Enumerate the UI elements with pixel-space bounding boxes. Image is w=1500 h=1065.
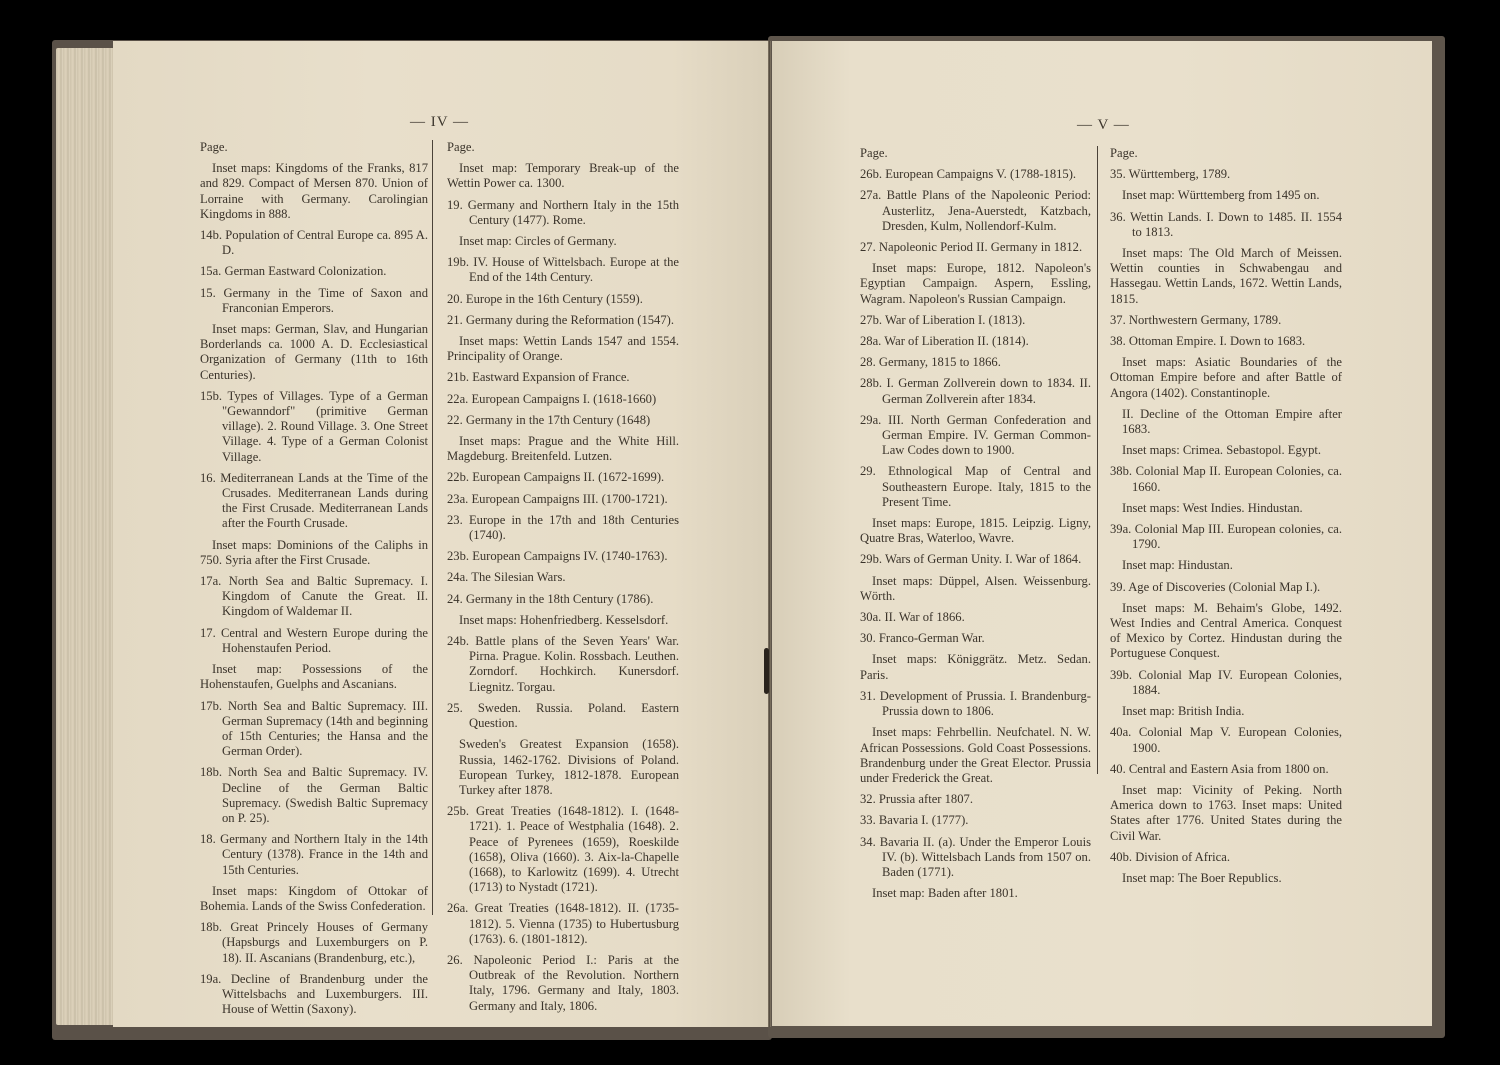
contents-entry: 38. Ottoman Empire. I. Down to 1683. xyxy=(1110,334,1342,349)
column-header: Page. xyxy=(1110,146,1342,161)
inset-map-note: Inset maps: Asiatic Boundaries of the Ot… xyxy=(1110,355,1342,401)
contents-entry: 40a. Colonial Map V. European Colonies, … xyxy=(1110,725,1342,755)
contents-entry: 15. Germany in the Time of Saxon and Fra… xyxy=(200,286,428,316)
inset-map-note: Inset maps: Europe, 1815. Leipzig. Ligny… xyxy=(860,516,1091,546)
contents-entry: 20. Europe in the 16th Century (1559). xyxy=(447,292,679,307)
contents-entry: 28a. War of Liberation II. (1814). xyxy=(860,334,1091,349)
contents-entry: 15b. Types of Villages. Type of a German… xyxy=(200,389,428,465)
contents-entry: 21b. Eastward Expansion of France. xyxy=(447,370,679,385)
contents-entry: 30. Franco-German War. xyxy=(860,631,1091,646)
inset-map-note: Inset map: Possessions of the Hohenstauf… xyxy=(200,662,428,692)
book-gutter xyxy=(768,41,771,1027)
inset-map-note: Inset maps: Düppel, Alsen. Weissenburg. … xyxy=(860,574,1091,604)
contents-entry: 18. Germany and Northern Italy in the 14… xyxy=(200,832,428,878)
contents-entry: 19a. Decline of Brandenburg under the Wi… xyxy=(200,972,428,1018)
right-page-column-1: Page.26b. European Campaigns V. (1788-18… xyxy=(860,146,1098,774)
inset-map-note: Inset maps: German, Slav, and Hungarian … xyxy=(200,322,428,383)
inset-map-note: Inset maps: Europe, 1812. Napoleon's Egy… xyxy=(860,261,1091,307)
contents-entry: 24. Germany in the 18th Century (1786). xyxy=(447,592,679,607)
inset-map-note: Inset map: Hindustan. xyxy=(1110,558,1342,573)
column-header: Page. xyxy=(447,140,679,155)
contents-entry: 26b. European Campaigns V. (1788-1815). xyxy=(860,167,1091,182)
contents-entry: 23a. European Campaigns III. (1700-1721)… xyxy=(447,492,679,507)
contents-entry: II. Decline of the Ottoman Empire after … xyxy=(1110,407,1342,437)
inset-map-note: Inset maps: Prague and the White Hill. M… xyxy=(447,434,679,464)
contents-entry: 39b. Colonial Map IV. European Colonies,… xyxy=(1110,668,1342,698)
inset-map-note: Inset maps: Fehrbellin. Neufchatel. N. W… xyxy=(860,725,1091,786)
page-number-left: — IV — xyxy=(410,114,469,131)
contents-entry: 27. Napoleonic Period II. Germany in 181… xyxy=(860,240,1091,255)
contents-entry: 27b. War of Liberation I. (1813). xyxy=(860,313,1091,328)
contents-entry: 36. Wettin Lands. I. Down to 1485. II. 1… xyxy=(1110,210,1342,240)
contents-entry: 17b. North Sea and Baltic Supremacy. III… xyxy=(200,699,428,760)
contents-entry: 22a. European Campaigns I. (1618-1660) xyxy=(447,392,679,407)
inset-map-note: Inset maps: West Indies. Hindustan. xyxy=(1110,501,1342,516)
contents-entry: 29. Ethnological Map of Central and Sout… xyxy=(860,464,1091,510)
contents-entry: 17a. North Sea and Baltic Supremacy. I. … xyxy=(200,574,428,620)
inset-map-note: Inset maps: Hohenfriedberg. Kesselsdorf. xyxy=(447,613,679,628)
contents-entry: 16. Mediterranean Lands at the Time of t… xyxy=(200,471,428,532)
gutter-tear xyxy=(764,648,769,694)
contents-entry: 29a. III. North German Confederation and… xyxy=(860,413,1091,459)
contents-entry: 30a. II. War of 1866. xyxy=(860,610,1091,625)
contents-entry: 19b. IV. House of Wittelsbach. Europe at… xyxy=(447,255,679,285)
contents-entry: 14b. Population of Central Europe ca. 89… xyxy=(200,228,428,258)
column-header: Page. xyxy=(860,146,1091,161)
contents-entry: 18b. North Sea and Baltic Supremacy. IV.… xyxy=(200,765,428,826)
contents-entry: 39a. Colonial Map III. European colonies… xyxy=(1110,522,1342,552)
right-page-column-2: Page.35. Württemberg, 1789.Inset map: Wü… xyxy=(1110,146,1342,892)
contents-entry: 37. Northwestern Germany, 1789. xyxy=(1110,313,1342,328)
contents-entry: 40. Central and Eastern Asia from 1800 o… xyxy=(1110,762,1342,777)
contents-entry: 25. Sweden. Russia. Poland. Eastern Ques… xyxy=(447,701,679,731)
contents-entry: 39. Age of Discoveries (Colonial Map I.)… xyxy=(1110,580,1342,595)
inset-map-note: Inset maps: Wettin Lands 1547 and 1554. … xyxy=(447,334,679,364)
inset-map-note: Inset maps: Kingdom of Ottokar of Bohemi… xyxy=(200,884,428,914)
inset-map-note: Inset map: Vicinity of Peking. North Ame… xyxy=(1110,783,1342,844)
column-header: Page. xyxy=(200,140,428,155)
page-number-right: — V — xyxy=(1077,117,1130,134)
contents-entry: 27a. Battle Plans of the Napoleonic Peri… xyxy=(860,188,1091,234)
inset-map-note: Inset maps: The Old March of Meissen. We… xyxy=(1110,246,1342,307)
inset-map-note: Inset map: Württemberg from 1495 on. xyxy=(1110,188,1342,203)
contents-entry: 19. Germany and Northern Italy in the 15… xyxy=(447,198,679,228)
inset-map-note: Inset map: British India. xyxy=(1110,704,1342,719)
inset-map-note: Inset maps: M. Behaim's Globe, 1492. Wes… xyxy=(1110,601,1342,662)
inset-map-note: Inset map: Temporary Break-up of the Wet… xyxy=(447,161,679,191)
contents-entry: 23. Europe in the 17th and 18th Centurie… xyxy=(447,513,679,543)
contents-entry: 32. Prussia after 1807. xyxy=(860,792,1091,807)
inset-map-note: Inset maps: Königgrätz. Metz. Sedan. Par… xyxy=(860,652,1091,682)
contents-entry: 17. Central and Western Europe during th… xyxy=(200,626,428,656)
contents-entry: 24b. Battle plans of the Seven Years' Wa… xyxy=(447,634,679,695)
contents-entry: 25b. Great Treaties (1648-1812). I. (164… xyxy=(447,804,679,895)
contents-entry: 40b. Division of Africa. xyxy=(1110,850,1342,865)
contents-entry: 18b. Great Princely Houses of Germany (H… xyxy=(200,920,428,966)
contents-entry: 31. Development of Prussia. I. Brandenbu… xyxy=(860,689,1091,719)
contents-entry: 28. Germany, 1815 to 1866. xyxy=(860,355,1091,370)
contents-entry: 29b. Wars of German Unity. I. War of 186… xyxy=(860,552,1091,567)
inset-map-note: Inset maps: Crimea. Sebastopol. Egypt. xyxy=(1110,443,1342,458)
page-edges xyxy=(56,48,116,1025)
contents-entry: 22. Germany in the 17th Century (1648) xyxy=(447,413,679,428)
contents-entry: 33. Bavaria I. (1777). xyxy=(860,813,1091,828)
left-page-column-1: Page.Inset maps: Kingdoms of the Franks,… xyxy=(200,140,433,915)
contents-entry: 26a. Great Treaties (1648-1812). II. (17… xyxy=(447,901,679,947)
contents-entry: 38b. Colonial Map II. European Colonies,… xyxy=(1110,464,1342,494)
contents-entry: 35. Württemberg, 1789. xyxy=(1110,167,1342,182)
inset-map-note: Inset maps: Kingdoms of the Franks, 817 … xyxy=(200,161,428,222)
contents-entry: Sweden's Greatest Expansion (1658). Russ… xyxy=(447,737,679,798)
inset-map-note: Inset map: Baden after 1801. xyxy=(860,886,1091,901)
contents-entry: 28b. I. German Zollverein down to 1834. … xyxy=(860,376,1091,406)
inset-map-note: Inset map: Circles of Germany. xyxy=(447,234,679,249)
contents-entry: 23b. European Campaigns IV. (1740-1763). xyxy=(447,549,679,564)
contents-entry: 24a. The Silesian Wars. xyxy=(447,570,679,585)
inset-map-note: Inset map: The Boer Republics. xyxy=(1110,871,1342,886)
contents-entry: 34. Bavaria II. (a). Under the Emperor L… xyxy=(860,835,1091,881)
contents-entry: 22b. European Campaigns II. (1672-1699). xyxy=(447,470,679,485)
inset-map-note: Inset maps: Dominions of the Caliphs in … xyxy=(200,538,428,568)
contents-entry: 15a. German Eastward Colonization. xyxy=(200,264,428,279)
left-page-column-2: Page.Inset map: Temporary Break-up of th… xyxy=(447,140,679,1020)
contents-entry: 26. Napoleonic Period I.: Paris at the O… xyxy=(447,953,679,1014)
contents-entry: 21. Germany during the Reformation (1547… xyxy=(447,313,679,328)
